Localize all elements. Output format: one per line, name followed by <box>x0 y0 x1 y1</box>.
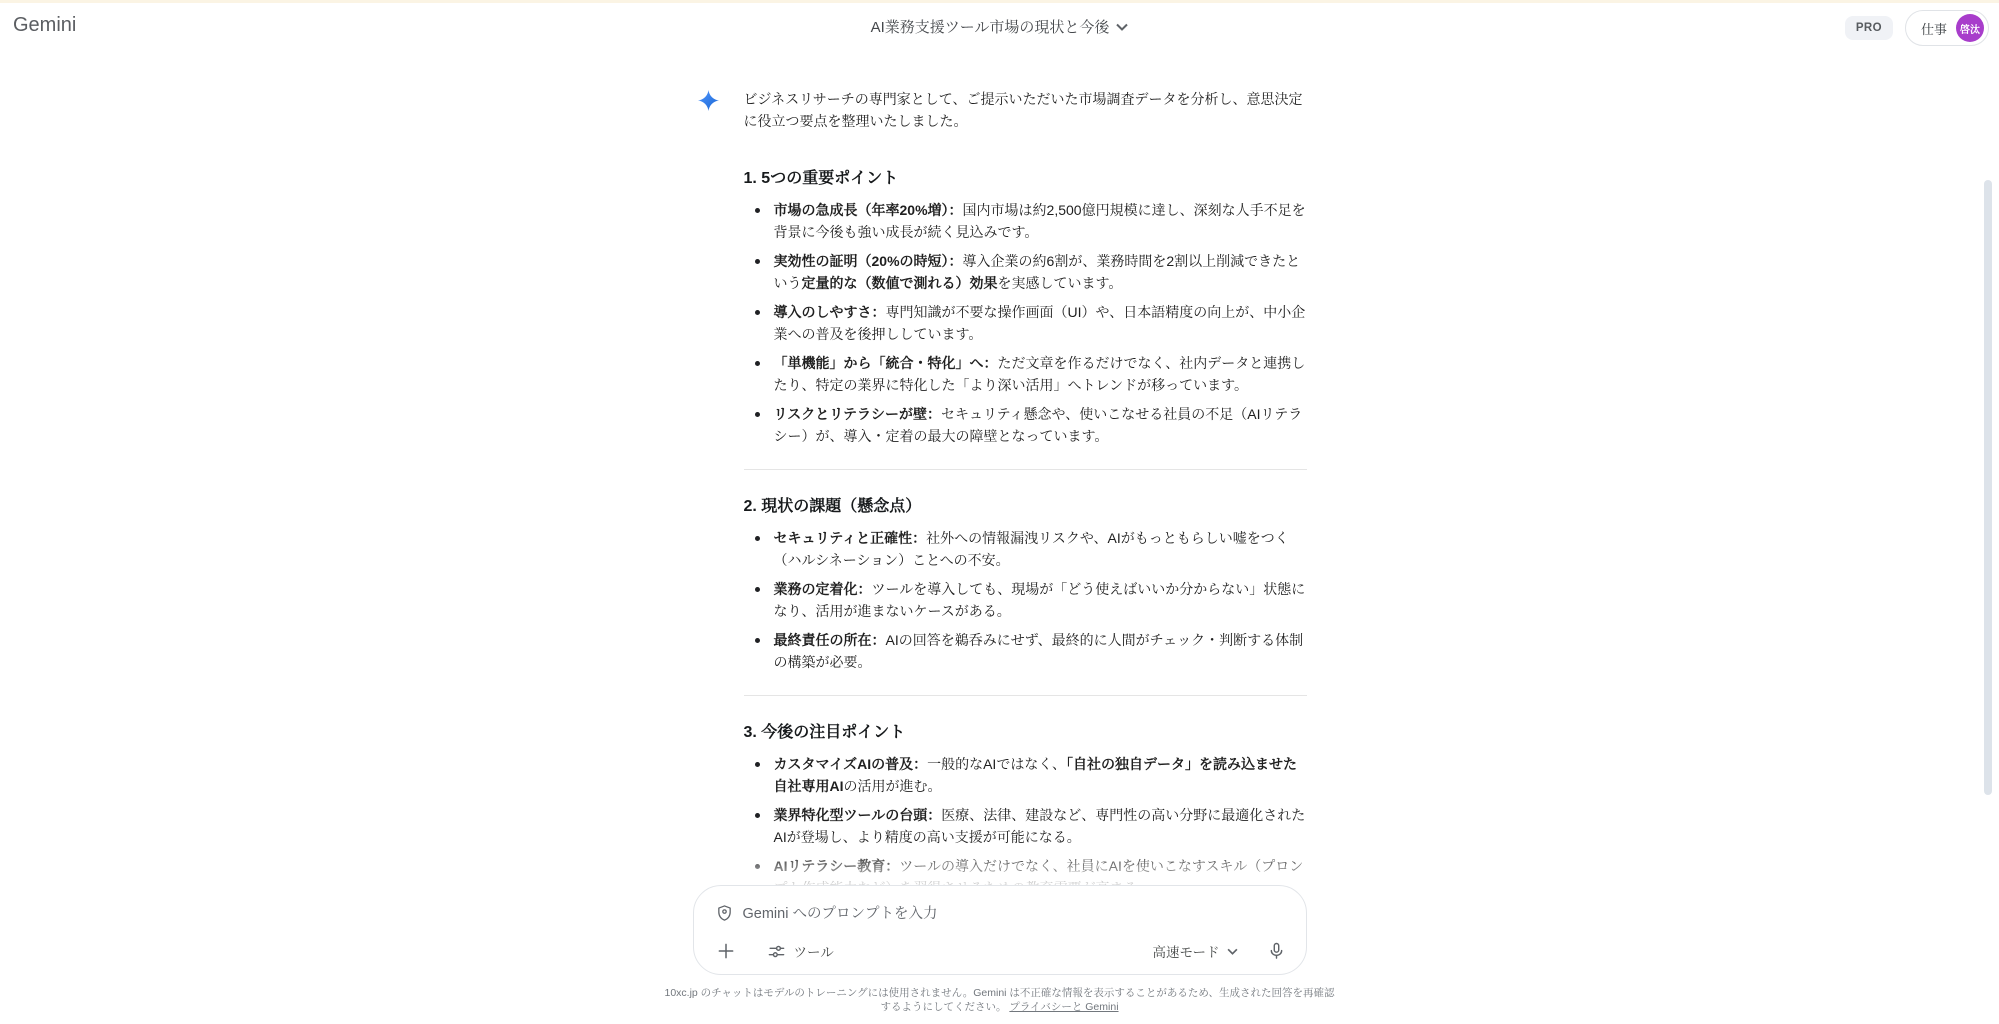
disclaimer-footer: 10xc.jp のチャットはモデルのトレーニングには使用されません。Gemini… <box>660 986 1340 1014</box>
section-heading: 3. 今後の注目ポイント <box>744 722 1307 743</box>
list-item: セキュリティと正確性：社外への情報漏洩リスクや、AIがもっともらしい嘘をつく（ハ… <box>744 527 1307 571</box>
privacy-link[interactable]: プライバシーと Gemini <box>1009 1001 1118 1013</box>
account-pill[interactable]: 仕事 啓汰 <box>1905 10 1989 46</box>
gemini-sparkle-icon <box>698 90 719 116</box>
list-item-lead: 業務の定着化： <box>774 581 872 597</box>
list-item: 実効性の証明（20%の時短）：導入企業の約6割が、業務時間を2割以上削減できたと… <box>744 250 1307 294</box>
list-item-text: 一般的なAIではなく、 <box>927 756 1066 772</box>
list-item-lead: 「単機能」から「統合・特化」へ： <box>774 355 998 371</box>
list-item-lead: カスタマイズAIの普及： <box>774 756 928 772</box>
section-divider <box>744 695 1307 696</box>
shield-icon <box>716 904 733 922</box>
tools-button[interactable]: ツール <box>767 941 834 961</box>
model-mode-selector[interactable]: 高速モード <box>1153 941 1238 961</box>
tune-icon <box>767 942 786 961</box>
bullet-list: 市場の急成長（年率20%増）：国内市場は約2,500億円規模に達し、深刻な人手不… <box>744 199 1307 447</box>
section-heading: 1. 5つの重要ポイント <box>744 168 1307 189</box>
list-item: 業界特化型ツールの台頭：医療、法律、建設など、専門性の高い分野に最適化されたAI… <box>744 804 1307 848</box>
section-heading: 2. 現状の課題（懸念点） <box>744 496 1307 517</box>
microphone-icon <box>1267 941 1286 961</box>
plus-icon <box>716 941 736 961</box>
list-item: リスクとリテラシーが壁：セキュリティ懸念や、使いこなせる社員の不足（AIリテラシ… <box>744 403 1307 447</box>
list-item-lead: リスクとリテラシーが壁： <box>774 406 941 422</box>
list-item: 市場の急成長（年率20%増）：国内市場は約2,500億円規模に達し、深刻な人手不… <box>744 199 1307 243</box>
chevron-down-icon <box>1227 948 1238 955</box>
workspace-label: 仕事 <box>1921 19 1947 38</box>
scrollbar-thumb[interactable] <box>1984 180 1992 795</box>
list-item-lead: セキュリティと正確性： <box>774 530 927 546</box>
list-item-text: を実感しています。 <box>998 275 1123 291</box>
list-item-lead: 定量的な（数値で測れる）効果 <box>802 275 998 291</box>
list-item: 業務の定着化：ツールを導入しても、現場が「どう使えばいいか分からない」状態になり… <box>744 578 1307 622</box>
window-top-strip <box>0 0 1999 3</box>
section-divider <box>744 469 1307 470</box>
avatar[interactable]: 啓汰 <box>1956 14 1984 42</box>
microphone-button[interactable] <box>1267 941 1286 961</box>
list-item-lead: 最終責任の所在： <box>774 632 886 648</box>
list-item-lead: 実効性の証明（20%の時短）： <box>774 253 963 269</box>
conversation-title: AI業務支援ツール市場の現状と今後 <box>871 16 1110 37</box>
prompt-composer: Gemini へのプロンプトを入力 ツール 高速モード <box>693 885 1307 975</box>
pro-badge: PRO <box>1845 16 1893 40</box>
prompt-placeholder: Gemini へのプロンプトを入力 <box>743 902 938 923</box>
add-attachment-button[interactable] <box>716 941 736 961</box>
disclaimer-text: 10xc.jp のチャットはモデルのトレーニングには使用されません。Gemini… <box>664 987 1334 1013</box>
bottom-area: Gemini へのプロンプトを入力 ツール 高速モード <box>0 850 1999 1024</box>
response-intro: ビジネスリサーチの専門家として、ご提示いただいた市場調査データを分析し、意思決定… <box>744 88 1307 132</box>
list-item: 導入のしやすさ：専門知識が不要な操作画面（UI）や、日本語精度の向上が、中小企業… <box>744 301 1307 345</box>
mode-label: 高速モード <box>1153 941 1220 961</box>
conversation-title-dropdown[interactable]: AI業務支援ツール市場の現状と今後 <box>0 16 1999 37</box>
tools-label: ツール <box>794 941 834 961</box>
list-item-lead: 導入のしやすさ： <box>774 304 886 320</box>
list-item: カスタマイズAIの普及：一般的なAIではなく、「自社の独自データ」を読み込ませた… <box>744 753 1307 797</box>
list-item-lead: 業界特化型ツールの台頭： <box>774 807 942 823</box>
model-response: ビジネスリサーチの専門家として、ご提示いただいた市場調査データを分析し、意思決定… <box>744 88 1307 906</box>
response-sections: 1. 5つの重要ポイント市場の急成長（年率20%増）：国内市場は約2,500億円… <box>744 168 1307 899</box>
list-item-lead: 市場の急成長（年率20%増）： <box>774 202 963 218</box>
app-header: Gemini AI業務支援ツール市場の現状と今後 PRO 仕事 啓汰 <box>0 3 1999 50</box>
chevron-down-icon <box>1116 23 1128 31</box>
prompt-input[interactable]: Gemini へのプロンプトを入力 <box>716 902 1286 923</box>
list-item: 最終責任の所在：AIの回答を鵜呑みにせず、最終的に人間がチェック・判断する体制の… <box>744 629 1307 673</box>
list-item: 「単機能」から「統合・特化」へ：ただ文章を作るだけでなく、社内データと連携したり… <box>744 352 1307 396</box>
list-item-text: の活用が進む。 <box>844 778 942 794</box>
bullet-list: セキュリティと正確性：社外への情報漏洩リスクや、AIがもっともらしい嘘をつく（ハ… <box>744 527 1307 673</box>
